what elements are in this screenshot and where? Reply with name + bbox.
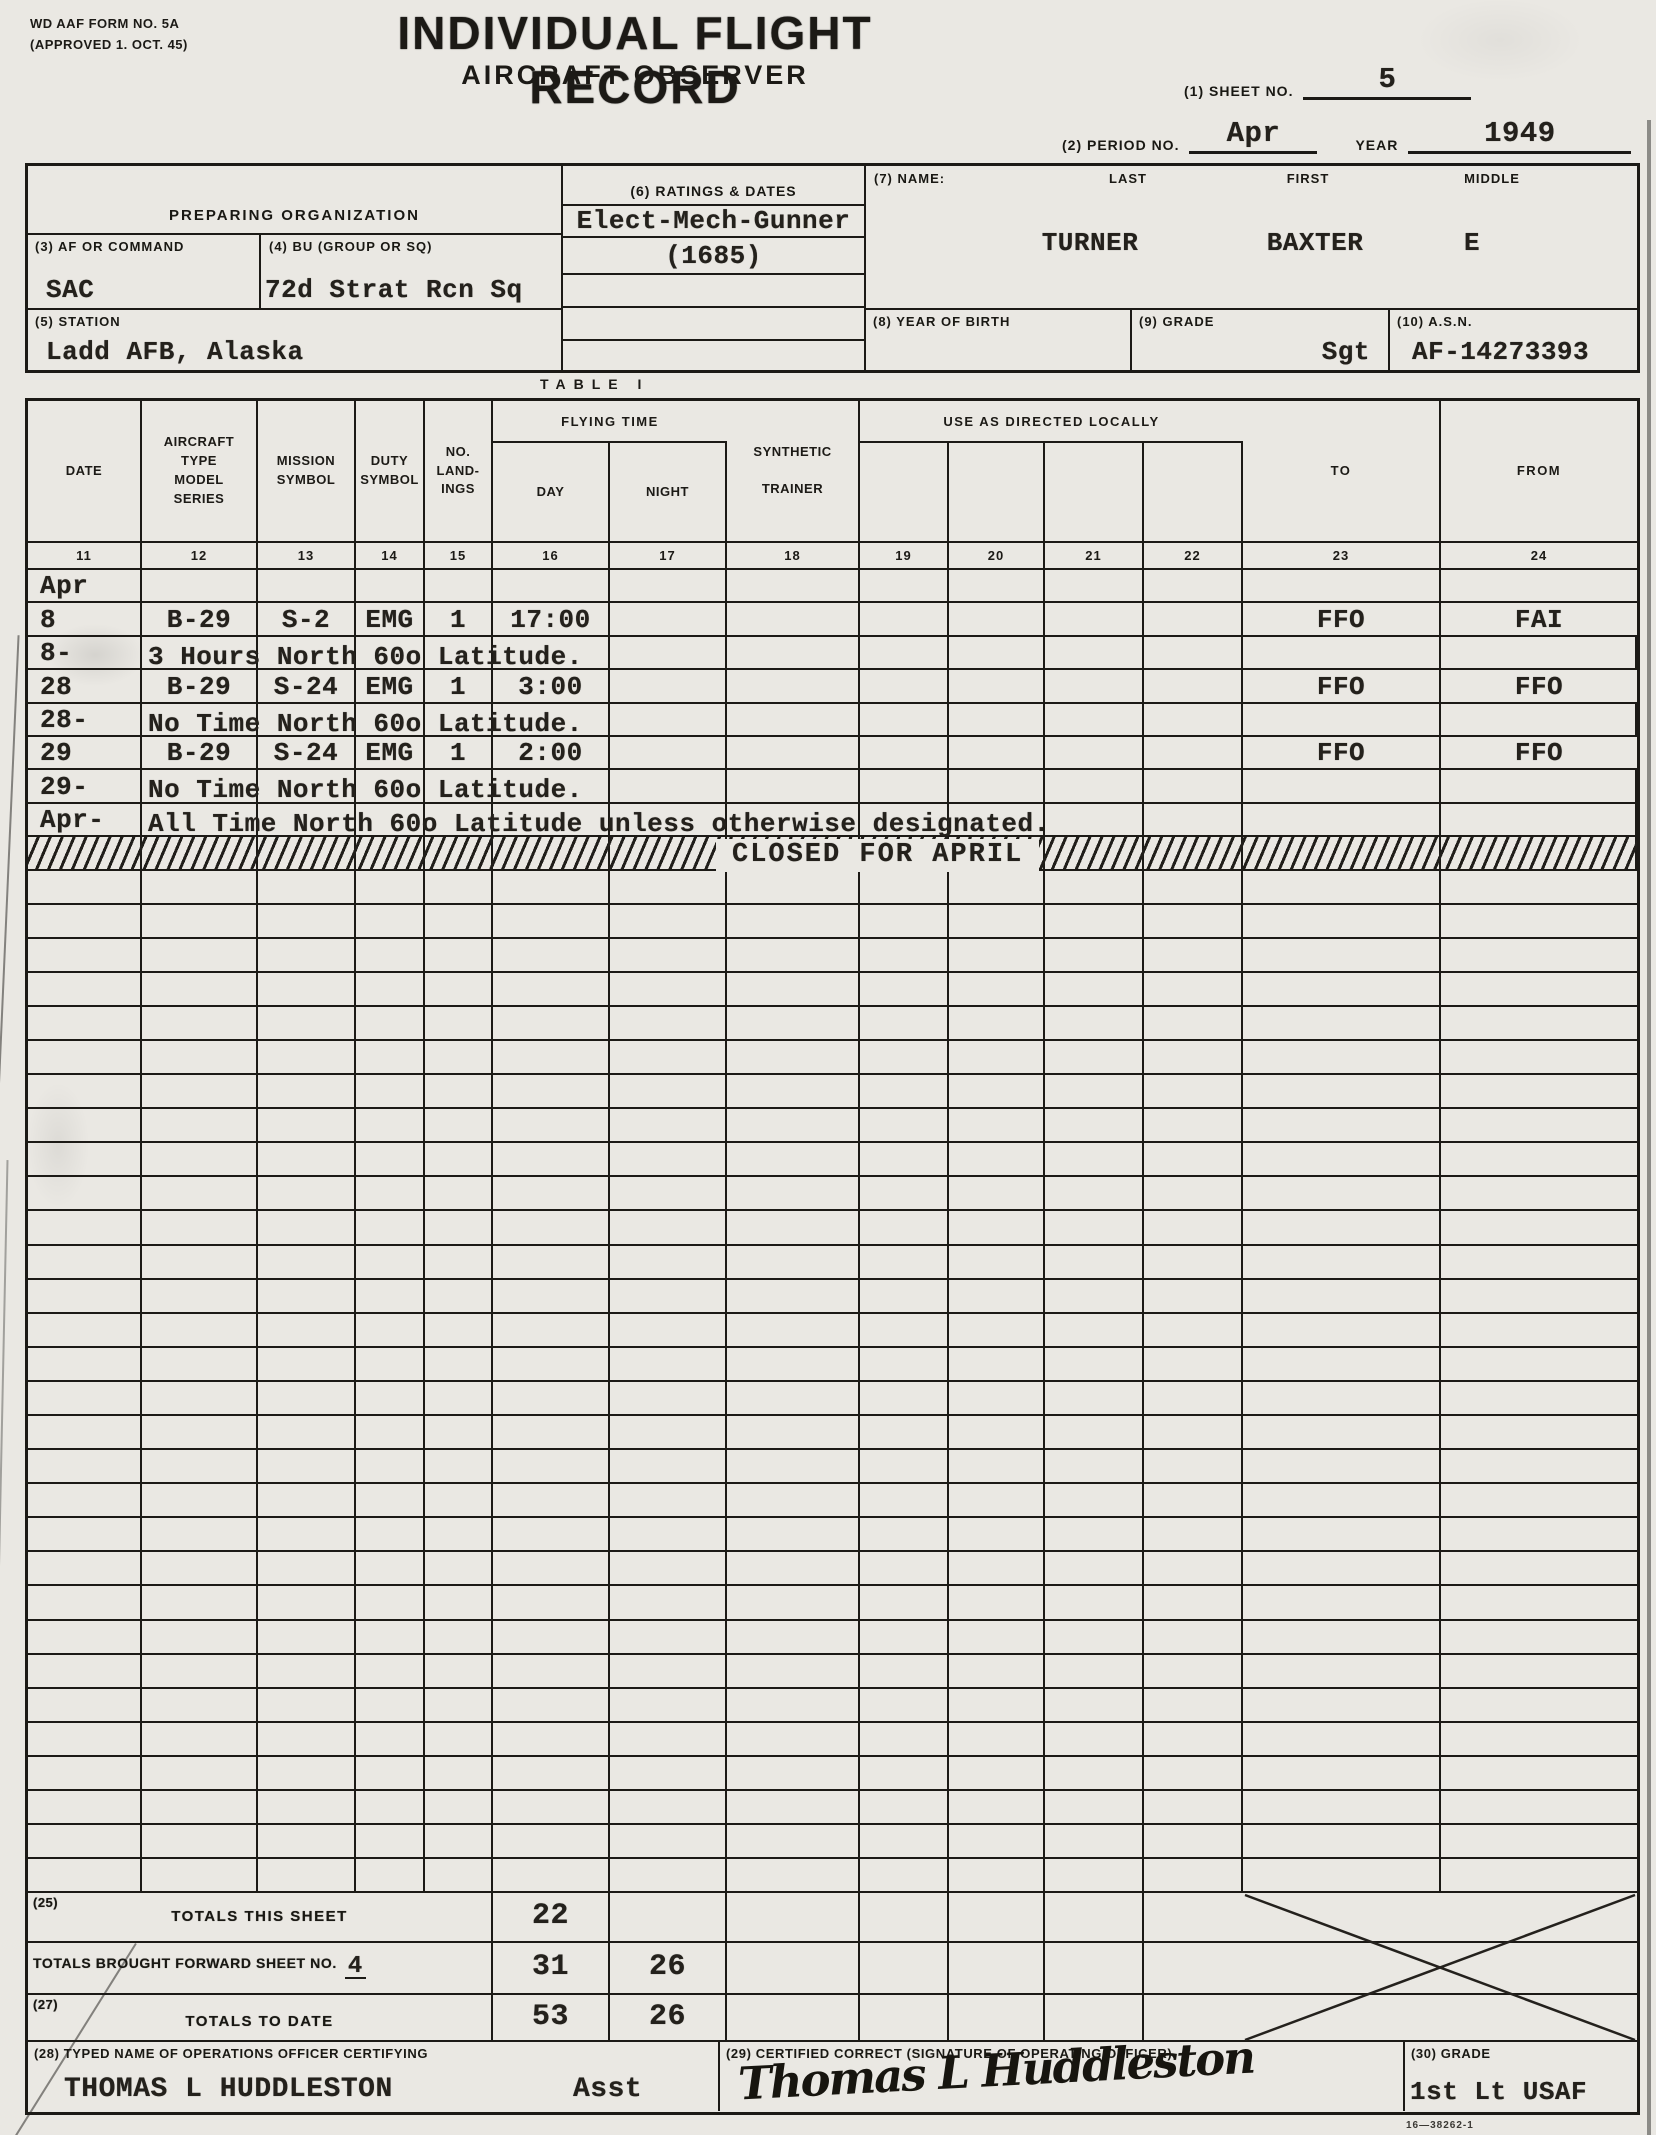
cell-mission: S-24 — [258, 670, 356, 701]
cell-synthetic — [727, 570, 860, 601]
cell-mission — [258, 570, 356, 601]
cell-day — [493, 1211, 610, 1243]
cell-to — [1243, 905, 1441, 937]
cell-c22 — [1144, 973, 1243, 1005]
table-row — [28, 1723, 1637, 1757]
cell-synthetic — [727, 973, 860, 1005]
totals-26-c19 — [860, 1943, 949, 1993]
cell-c22 — [1144, 1518, 1243, 1550]
cell-day — [493, 1791, 610, 1823]
totals-26-c21 — [1045, 1943, 1144, 1993]
certification-row: (28) TYPED NAME OF OPERATIONS OFFICER CE… — [28, 2042, 1637, 2111]
cell-day — [493, 1689, 610, 1721]
cell-date — [28, 1859, 142, 1891]
birth-label: (8) YEAR OF BIRTH — [873, 314, 1010, 331]
cell-synthetic — [727, 1143, 860, 1175]
cell-aircraft — [142, 1280, 258, 1312]
year-label: YEAR — [1355, 136, 1398, 154]
table-row: Apr-All Time North 60o Latitude unless o… — [28, 804, 1637, 837]
cell-c20 — [949, 1655, 1045, 1687]
cell-landings: 1 — [425, 737, 493, 768]
cell-c20 — [949, 1689, 1045, 1721]
cell-c19 — [860, 704, 949, 735]
page-subtitle: AIRCRAFT OBSERVER — [320, 60, 950, 91]
cell-c21 — [1045, 1859, 1144, 1891]
cell-synthetic — [727, 1859, 860, 1891]
cell-c19 — [860, 1450, 949, 1482]
cell-c20 — [949, 1484, 1045, 1516]
cell-c22 — [1144, 737, 1243, 768]
table-row — [28, 939, 1637, 973]
table-row — [28, 1825, 1637, 1859]
cell-night — [610, 1621, 727, 1653]
cell-night — [610, 939, 727, 971]
cell-from — [1441, 1382, 1637, 1414]
cell-duty — [356, 1177, 425, 1209]
cell-c19 — [860, 1075, 949, 1107]
cell-landings — [425, 1757, 493, 1789]
cell-from — [1441, 1586, 1637, 1618]
cell-from — [1441, 1655, 1637, 1687]
table-row — [28, 1109, 1637, 1143]
cell-date: 8 — [28, 603, 142, 634]
cell-duty — [356, 1416, 425, 1448]
cell-landings — [425, 1621, 493, 1653]
cell-duty — [356, 1211, 425, 1243]
cell-synthetic — [727, 1246, 860, 1278]
cell-from — [1441, 1757, 1637, 1789]
table-row: 28-No Time North 60o Latitude. — [28, 704, 1637, 737]
cell-duty — [356, 1143, 425, 1175]
sheet-number-value: 5 — [1303, 64, 1471, 100]
table-row — [28, 1246, 1637, 1280]
cell-c22 — [1144, 1689, 1243, 1721]
cell-night — [610, 1177, 727, 1209]
cell-landings — [425, 1450, 493, 1482]
col-number: 11 — [28, 543, 142, 568]
cell-night — [610, 1382, 727, 1414]
cell-aircraft — [142, 1075, 258, 1107]
cell-night — [610, 704, 727, 735]
header-aircraft: AIRCRAFT TYPE MODEL SERIES — [142, 401, 258, 541]
cell-to — [1243, 1075, 1441, 1107]
cell-mission — [258, 1280, 356, 1312]
col-number: 13 — [258, 543, 356, 568]
cell-c20 — [949, 1621, 1045, 1653]
cell-aircraft: B-29 — [142, 737, 258, 768]
table-row: CLOSED FOR APRIL — [28, 837, 1637, 870]
cell-c21 — [1045, 603, 1144, 634]
cell-c19 — [860, 973, 949, 1005]
closed-note: CLOSED FOR APRIL — [716, 839, 1039, 872]
cell-aircraft — [142, 1484, 258, 1516]
cell-landings — [425, 570, 493, 601]
cell-mission — [258, 1007, 356, 1039]
cell-date — [28, 939, 142, 971]
cell-landings — [425, 1825, 493, 1857]
cell-to — [1243, 1689, 1441, 1721]
cell-c21 — [1045, 1757, 1144, 1789]
cell-date — [28, 1348, 142, 1380]
cell-c19 — [860, 1723, 949, 1755]
header-night: NIGHT — [610, 443, 727, 541]
cell-c19 — [860, 1314, 949, 1346]
cell-synthetic — [727, 1109, 860, 1141]
cell-day — [493, 905, 610, 937]
cell-landings — [425, 973, 493, 1005]
cell-night — [610, 871, 727, 903]
cell-synthetic — [727, 737, 860, 768]
totals-25-c21 — [1045, 1893, 1144, 1941]
cell-landings — [425, 1552, 493, 1584]
cell-synthetic — [727, 1484, 860, 1516]
cell-c20 — [949, 1791, 1045, 1823]
cell-from: FAI — [1441, 603, 1637, 634]
cell-synthetic — [727, 1757, 860, 1789]
table-row — [28, 1859, 1637, 1893]
cell-c20 — [949, 1177, 1045, 1209]
cell-from: FFO — [1441, 670, 1637, 701]
col-number: 12 — [142, 543, 258, 568]
cell-landings — [425, 1859, 493, 1891]
header-date: DATE — [28, 401, 142, 541]
cell-date: 28 — [28, 670, 142, 701]
cell-duty — [356, 871, 425, 903]
cell-landings — [425, 1280, 493, 1312]
cell-aircraft — [142, 1518, 258, 1550]
cell-to: FFO — [1243, 603, 1441, 634]
cell-c19 — [860, 1484, 949, 1516]
cell-c21 — [1045, 1177, 1144, 1209]
cell-landings — [425, 1211, 493, 1243]
cell-c20 — [949, 1723, 1045, 1755]
cell-c20 — [949, 670, 1045, 701]
cell-c19 — [860, 1109, 949, 1141]
cell-night — [610, 670, 727, 701]
cell-day — [493, 570, 610, 601]
sheet-number-label: (1) SHEET NO. — [1184, 82, 1293, 100]
cell-c20 — [949, 570, 1045, 601]
cell-synthetic — [727, 1552, 860, 1584]
cell-c21 — [1045, 939, 1144, 971]
header-flying-time: FLYING TIME — [493, 401, 727, 443]
cell-landings — [425, 1177, 493, 1209]
cell-date — [28, 1757, 142, 1789]
cell-synthetic — [727, 603, 860, 634]
cell-to — [1243, 770, 1441, 801]
cell-c21 — [1045, 637, 1144, 668]
cell-to — [1243, 871, 1441, 903]
cell-duty — [356, 1007, 425, 1039]
totals-27-number: (27) — [33, 1998, 58, 2011]
cell-c22 — [1144, 1075, 1243, 1107]
asn-value: AF-14273393 — [1412, 337, 1589, 367]
af-command-value: SAC — [46, 275, 94, 305]
cell-landings — [425, 871, 493, 903]
cell-to — [1243, 1007, 1441, 1039]
cell-day — [493, 1825, 610, 1857]
cell-c21 — [1045, 1621, 1144, 1653]
cell-c20 — [949, 871, 1045, 903]
cell-day — [493, 1655, 610, 1687]
cell-c21 — [1045, 973, 1144, 1005]
cell-synthetic — [727, 1621, 860, 1653]
cell-c19 — [860, 1586, 949, 1618]
cell-c22 — [1144, 1007, 1243, 1039]
cell-c19 — [860, 1859, 949, 1891]
cell-c22 — [1144, 1723, 1243, 1755]
cell-c21 — [1045, 1723, 1144, 1755]
cell-night — [610, 973, 727, 1005]
cell-landings: 1 — [425, 670, 493, 701]
cell-night — [610, 1348, 727, 1380]
totals-this-sheet-label-cell: (25) TOTALS THIS SHEET — [28, 1893, 493, 1941]
cell-from — [1441, 570, 1637, 601]
cell-c21 — [1045, 871, 1144, 903]
cell-c22 — [1144, 804, 1243, 835]
cell-to — [1243, 1246, 1441, 1278]
cell-c22 — [1144, 704, 1243, 735]
col-number: 17 — [610, 543, 727, 568]
cell-date — [28, 1416, 142, 1448]
cell-from — [1441, 704, 1637, 735]
col-number: 23 — [1243, 543, 1441, 568]
cell-night — [610, 1552, 727, 1584]
cell-landings — [425, 1416, 493, 1448]
cell-day: 3:00 — [493, 670, 610, 701]
cell-synthetic — [727, 637, 860, 668]
cell-from — [1441, 804, 1637, 835]
cell-c19 — [860, 1246, 949, 1278]
cell-aircraft — [142, 1109, 258, 1141]
cell-aircraft — [142, 570, 258, 601]
cell-c22 — [1144, 1791, 1243, 1823]
cell-from — [1441, 973, 1637, 1005]
cell-date: 8- — [28, 637, 142, 668]
ops-officer-label: (28) TYPED NAME OF OPERATIONS OFFICER CE… — [34, 2046, 428, 2061]
cell-c22 — [1144, 1109, 1243, 1141]
cell-aircraft — [142, 1791, 258, 1823]
cell-aircraft — [142, 1348, 258, 1380]
totals-27-label: TOTALS TO DATE — [28, 2004, 491, 2029]
cell-landings — [425, 1041, 493, 1073]
cell-c22 — [1144, 1314, 1243, 1346]
cell-mission — [258, 1177, 356, 1209]
cell-date — [28, 1621, 142, 1653]
cell-landings — [425, 1655, 493, 1687]
cell-to: FFO — [1243, 737, 1441, 768]
totals-27-c20 — [949, 1995, 1045, 2040]
cell-synthetic — [727, 770, 860, 801]
cell-to — [1243, 1484, 1441, 1516]
cell-c22 — [1144, 1280, 1243, 1312]
cell-c22 — [1144, 1825, 1243, 1857]
cell-mission — [258, 1211, 356, 1243]
cell-synthetic — [727, 704, 860, 735]
cell-aircraft — [142, 1382, 258, 1414]
cell-day — [493, 1859, 610, 1891]
cell-synthetic — [727, 1007, 860, 1039]
cell-aircraft — [142, 973, 258, 1005]
cell-mission — [258, 1586, 356, 1618]
cell-landings — [425, 1075, 493, 1107]
table-row: 29B-29S-24EMG12:00FFOFFO — [28, 737, 1637, 770]
cell-date — [28, 1655, 142, 1687]
cell-to — [1243, 804, 1441, 835]
cell-from — [1441, 905, 1637, 937]
cell-from — [1441, 637, 1637, 668]
cell-c21 — [1045, 804, 1144, 835]
cell-to — [1243, 939, 1441, 971]
cell-mission — [258, 1314, 356, 1346]
cell-duty — [356, 905, 425, 937]
cell-c22 — [1144, 770, 1243, 801]
cell-c19 — [860, 570, 949, 601]
cell-c21 — [1045, 1007, 1144, 1039]
table-row — [28, 1382, 1637, 1416]
cell-duty — [356, 1825, 425, 1857]
cell-from — [1441, 1825, 1637, 1857]
totals-brought-forward-label-cell: TOTALS BROUGHT FORWARD SHEET NO. 4 (26) — [28, 1943, 493, 1993]
bu-group-value: 72d Strat Rcn Sq — [265, 275, 523, 305]
cell-synthetic — [727, 1586, 860, 1618]
ratings-line1: Elect-Mech-Gunner — [577, 206, 851, 236]
cell-aircraft — [142, 1450, 258, 1482]
cell-date — [28, 1382, 142, 1414]
cell-c21 — [1045, 1416, 1144, 1448]
cell-night — [610, 737, 727, 768]
cell-date — [28, 1314, 142, 1346]
cell-synthetic — [727, 871, 860, 903]
table-row — [28, 1211, 1637, 1245]
col-number: 14 — [356, 543, 425, 568]
totals-25-c22 — [1144, 1893, 1243, 1941]
cell-day — [493, 1723, 610, 1755]
header-col22 — [1144, 443, 1243, 541]
last-label: LAST — [1109, 171, 1147, 188]
cell-aircraft — [142, 1007, 258, 1039]
cell-landings — [425, 905, 493, 937]
scan-artifact-right-edge — [1647, 120, 1651, 2135]
table-row — [28, 1041, 1637, 1075]
cell-c19 — [860, 871, 949, 903]
cell-date — [28, 1041, 142, 1073]
cell-c21 — [1045, 1041, 1144, 1073]
cell-duty: EMG — [356, 603, 425, 634]
cell-c19 — [860, 1552, 949, 1584]
cell-c22 — [1144, 1586, 1243, 1618]
header-duty: DUTY SYMBOL — [356, 401, 425, 541]
af-command-cell: (3) AF OR COMMAND SAC — [28, 235, 261, 310]
cell-from — [1441, 1041, 1637, 1073]
cell-date — [28, 1484, 142, 1516]
cell-date — [28, 1791, 142, 1823]
cell-from — [1441, 1518, 1637, 1550]
col-number: 16 — [493, 543, 610, 568]
cell-day — [493, 1348, 610, 1380]
cell-duty — [356, 1109, 425, 1141]
cell-mission — [258, 1655, 356, 1687]
cell-c21 — [1045, 1655, 1144, 1687]
cell-aircraft — [142, 1041, 258, 1073]
cell-landings — [425, 1246, 493, 1278]
cell-landings — [425, 1007, 493, 1039]
table-header-row: DATE AIRCRAFT TYPE MODEL SERIES MISSION … — [28, 401, 1637, 543]
cell-day — [493, 973, 610, 1005]
table-row — [28, 871, 1637, 905]
cell-from — [1441, 1621, 1637, 1653]
cell-day — [493, 1246, 610, 1278]
cell-duty — [356, 1075, 425, 1107]
cell-c21 — [1045, 1552, 1144, 1584]
name-label: (7) NAME: — [874, 171, 945, 188]
cell-c21 — [1045, 1109, 1144, 1141]
cell-to — [1243, 1586, 1441, 1618]
ops-officer-cell: (28) TYPED NAME OF OPERATIONS OFFICER CE… — [28, 2042, 720, 2111]
cell-day — [493, 1450, 610, 1482]
cell-to — [1243, 1041, 1441, 1073]
cell-c22 — [1144, 905, 1243, 937]
cell-c22 — [1144, 1041, 1243, 1073]
cell-mission — [258, 1348, 356, 1380]
cell-c22 — [1144, 1348, 1243, 1380]
cell-c19 — [860, 1382, 949, 1414]
cell-c20 — [949, 1280, 1045, 1312]
cell-night — [610, 1109, 727, 1141]
header-to: TO — [1243, 401, 1441, 541]
cell-date — [28, 1075, 142, 1107]
cell-date: 29 — [28, 737, 142, 768]
cell-from — [1441, 1007, 1637, 1039]
year-value: 1949 — [1408, 118, 1631, 154]
totals-26-night: 26 — [610, 1943, 727, 1993]
cell-landings: 1 — [425, 603, 493, 634]
cell-mission — [258, 1246, 356, 1278]
col-number: 19 — [860, 543, 949, 568]
cell-c20 — [949, 1450, 1045, 1482]
cell-c20 — [949, 1518, 1045, 1550]
cell-mission — [258, 905, 356, 937]
cell-night — [610, 603, 727, 634]
cell-to: FFO — [1243, 670, 1441, 701]
table-row — [28, 1177, 1637, 1211]
header-col19 — [860, 443, 949, 541]
cell-c20 — [949, 1552, 1045, 1584]
header-col20 — [949, 443, 1045, 541]
cell-c21 — [1045, 1143, 1144, 1175]
cell-duty — [356, 1723, 425, 1755]
cell-day — [493, 939, 610, 971]
cell-synthetic — [727, 670, 860, 701]
scan-artifact-left-edge — [0, 635, 20, 1165]
table-row: 8-3 Hours North 60o Latitude. — [28, 637, 1637, 670]
header-mission: MISSION SYMBOL — [258, 401, 356, 541]
cell-c21 — [1045, 1450, 1144, 1482]
totals-26-c22 — [1144, 1943, 1243, 1993]
table-row — [28, 1007, 1637, 1041]
cell-date — [28, 1177, 142, 1209]
cell-c20 — [949, 1859, 1045, 1891]
cell-night — [610, 1041, 727, 1073]
header-day: DAY — [493, 443, 610, 541]
cell-mission — [258, 1757, 356, 1789]
cell-day — [493, 1552, 610, 1584]
cell-duty — [356, 1348, 425, 1380]
cell-c22 — [1144, 670, 1243, 701]
cell-c19 — [860, 1280, 949, 1312]
cell-date — [28, 1518, 142, 1550]
grade-footer-label: (30) GRADE — [1411, 2046, 1491, 2061]
